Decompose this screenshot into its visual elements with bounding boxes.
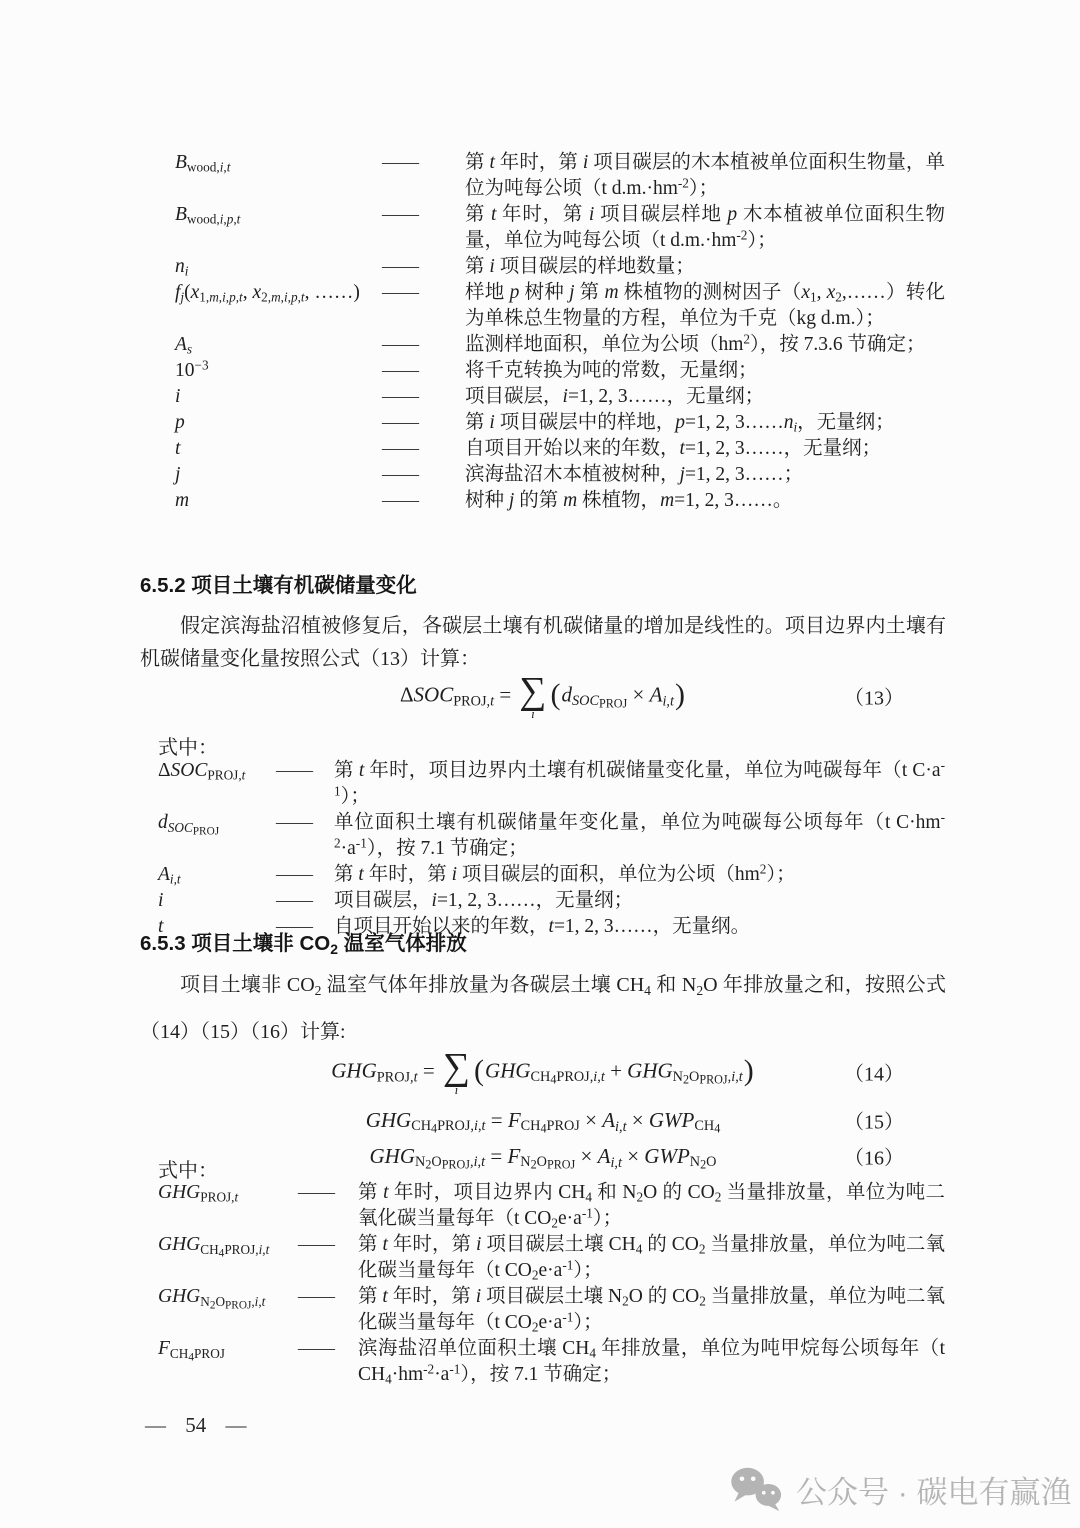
- section-heading-652: 6.5.2 项目土壤有机碳储量变化: [140, 568, 417, 598]
- formula-body: GHGPROJ,t = ∑i(GHGCH4PROJ,i,t + GHGN2OPR…: [331, 1050, 755, 1095]
- symbol: i: [158, 888, 276, 914]
- symbol-definition-list-652: ΔSOCPROJ,t —— 第 t 年时，项目边界内土壤有机碳储量变化量，单位为…: [158, 758, 945, 940]
- dash-separator: ——: [382, 202, 465, 254]
- definition-text: 第 i 项目碳层的样地数量；: [465, 254, 945, 280]
- symbol: fj(x1,m,i,p,t, x2,m,i,p,t, ……): [175, 280, 382, 332]
- definition-text: 滨海盐沼单位面积土壤 CH4 年排放量，单位为吨甲烷每公顷每年（t CH4·hm…: [358, 1336, 945, 1388]
- definition-text: 第 t 年时，第 i 项目碳层的木本植被单位面积生物量，单位为吨每公顷（t d.…: [465, 150, 945, 202]
- definition-text: 第 t 年时，项目边界内土壤有机碳储量变化量，单位为吨碳每年（t C·a-1）；: [334, 758, 945, 810]
- symbol: Bwood,i,p,t: [175, 202, 382, 254]
- definition-row: GHGPROJ,t —— 第 t 年时，项目边界内 CH4 和 N2O 的 CO…: [158, 1180, 945, 1232]
- definition-text: 项目碳层，i=1, 2, 3……，无量纲；: [334, 888, 945, 914]
- dash-separator: ——: [276, 888, 334, 914]
- symbol-definition-list-653: GHGPROJ,t —— 第 t 年时，项目边界内 CH4 和 N2O 的 CO…: [158, 1180, 945, 1388]
- formula-13-body: ΔSOCPROJ,t = ∑i(dSOCPROJ × Ai,t): [400, 674, 686, 719]
- definition-text: 第 t 年时，第 i 项目碳层样地 p 木本植被单位面积生物量，单位为吨每公顷（…: [465, 202, 945, 254]
- dash-separator: ——: [382, 254, 465, 280]
- definition-row: ΔSOCPROJ,t —— 第 t 年时，项目边界内土壤有机碳储量变化量，单位为…: [158, 758, 945, 810]
- dash-separator: ——: [276, 862, 334, 888]
- symbol: dSOCPROJ: [158, 810, 276, 862]
- formula-13-block: ΔSOCPROJ,t = ∑i(dSOCPROJ × Ai,t) （13）: [140, 666, 946, 726]
- definition-text: 第 t 年时，项目边界内 CH4 和 N2O 的 CO2 当量排放量，单位为吨二…: [358, 1180, 945, 1232]
- definition-row: t —— 自项目开始以来的年数，t=1, 2, 3……，无量纲；: [175, 436, 945, 462]
- definition-row: FCH4PROJ —— 滨海盐沼单位面积土壤 CH4 年排放量，单位为吨甲烷每公…: [158, 1336, 945, 1388]
- definition-text: 滨海盐沼木本植被树种，j=1, 2, 3……；: [465, 462, 945, 488]
- definition-text: 第 t 年时，第 i 项目碳层土壤 CH4 的 CO2 当量排放量，单位为吨二氧…: [358, 1232, 945, 1284]
- definition-row: dSOCPROJ —— 单位面积土壤有机碳储量年变化量，单位为吨碳每公顷每年（t…: [158, 810, 945, 862]
- formula: GHGN2OPROJ,i,t = FN2OPROJ × Ai,t × GWPN2…: [140, 1138, 946, 1174]
- definition-row: i —— 项目碳层，i=1, 2, 3……，无量纲；: [175, 384, 945, 410]
- formula: GHGCH4PROJ,i,t = FCH4PROJ × Ai,t × GWPCH…: [140, 1102, 946, 1138]
- dash-separator: ——: [382, 150, 465, 202]
- symbol: GHGN2OPROJ,i,t: [158, 1284, 298, 1336]
- dash-separator: ——: [382, 358, 465, 384]
- section-heading-653: 6.5.3 项目土壤非 CO2 温室气体排放: [140, 926, 467, 956]
- symbol: GHGCH4PROJ,i,t: [158, 1232, 298, 1284]
- formula-number: （16）: [844, 1142, 904, 1171]
- definition-text: 第 t 年时，第 i 项目碳层的面积，单位为公顷（hm2）；: [334, 862, 945, 888]
- dash-separator: ——: [298, 1336, 358, 1388]
- definition-row: Bwood,i,p,t —— 第 t 年时，第 i 项目碳层样地 p 木本植被单…: [175, 202, 945, 254]
- definition-text: 将千克转换为吨的常数，无量纲；: [465, 358, 945, 384]
- formula-13-number: （13）: [844, 682, 904, 711]
- definition-text: 树种 j 的第 m 株植物，m=1, 2, 3……。: [465, 488, 945, 514]
- formula-number: （15）: [844, 1106, 904, 1135]
- definition-row: fj(x1,m,i,p,t, x2,m,i,p,t, ……) —— 样地 p 树…: [175, 280, 945, 332]
- definition-text: 项目碳层，i=1, 2, 3……，无量纲；: [465, 384, 945, 410]
- symbol: FCH4PROJ: [158, 1336, 298, 1388]
- definition-text: 单位面积土壤有机碳储量年变化量，单位为吨碳每公顷每年（t C·hm-2·a-1）…: [334, 810, 945, 862]
- definition-row: As —— 监测样地面积，单位为公顷（hm2），按 7.3.6 节确定；: [175, 332, 945, 358]
- dash-separator: ——: [298, 1232, 358, 1284]
- symbol: i: [175, 384, 382, 410]
- dash-separator: ——: [382, 410, 465, 436]
- symbol: ΔSOCPROJ,t: [158, 758, 276, 810]
- formula-number: （14）: [844, 1058, 904, 1087]
- dash-separator: ——: [298, 1284, 358, 1336]
- definition-row: p —— 第 i 项目碳层中的样地，p=1, 2, 3……ni，无量纲；: [175, 410, 945, 436]
- definition-row: GHGCH4PROJ,i,t —— 第 t 年时，第 i 项目碳层土壤 CH4 …: [158, 1232, 945, 1284]
- definition-row: i —— 项目碳层，i=1, 2, 3……，无量纲；: [158, 888, 945, 914]
- where-label-652: 式中：: [158, 731, 218, 760]
- definition-row: 10−3 —— 将千克转换为吨的常数，无量纲；: [175, 358, 945, 384]
- symbol: Bwood,i,t: [175, 150, 382, 202]
- definition-text: 第 i 项目碳层中的样地，p=1, 2, 3……ni，无量纲；: [465, 410, 945, 436]
- symbol-definition-list-top: Bwood,i,t —— 第 t 年时，第 i 项目碳层的木本植被单位面积生物量…: [175, 150, 945, 514]
- formula-body: GHGCH4PROJ,i,t = FCH4PROJ × Ai,t × GWPCH…: [366, 1108, 721, 1133]
- page-number: — 54 —: [145, 1413, 247, 1438]
- definition-text: 自项目开始以来的年数，t=1, 2, 3……，无量纲；: [465, 436, 945, 462]
- definition-row: GHGN2OPROJ,i,t —— 第 t 年时，第 i 项目碳层土壤 N2O …: [158, 1284, 945, 1336]
- definition-row: Ai,t —— 第 t 年时，第 i 项目碳层的面积，单位为公顷（hm2）；: [158, 862, 945, 888]
- watermark: 公众号 · 碳电有赢渔: [728, 1466, 1072, 1512]
- definition-text: 样地 p 树种 j 第 m 株植物的测树因子（x1, x2,……）转化为单株总生…: [465, 280, 945, 332]
- symbol: t: [175, 436, 382, 462]
- symbol: 10−3: [175, 358, 382, 384]
- formula: GHGPROJ,t = ∑i(GHGCH4PROJ,i,t + GHGN2OPR…: [140, 1042, 946, 1102]
- dash-separator: ——: [382, 436, 465, 462]
- symbol: p: [175, 410, 382, 436]
- dash-separator: ——: [382, 280, 465, 332]
- symbol: As: [175, 332, 382, 358]
- definition-row: ni —— 第 i 项目碳层的样地数量；: [175, 254, 945, 280]
- definition-row: j —— 滨海盐沼木本植被树种，j=1, 2, 3……；: [175, 462, 945, 488]
- where-label-653: 式中：: [158, 1154, 218, 1183]
- formula-13: ΔSOCPROJ,t = ∑i(dSOCPROJ × Ai,t) （13）: [140, 666, 946, 726]
- symbol: ni: [175, 254, 382, 280]
- watermark-text: 公众号 · 碳电有赢渔: [796, 1467, 1072, 1512]
- formulas-14-16-block: GHGPROJ,t = ∑i(GHGCH4PROJ,i,t + GHGN2OPR…: [140, 1042, 946, 1174]
- symbol: j: [175, 462, 382, 488]
- definition-text: 监测样地面积，单位为公顷（hm2），按 7.3.6 节确定；: [465, 332, 945, 358]
- symbol: GHGPROJ,t: [158, 1180, 298, 1232]
- wechat-icon: [728, 1466, 782, 1512]
- definition-row: Bwood,i,t —— 第 t 年时，第 i 项目碳层的木本植被单位面积生物量…: [175, 150, 945, 202]
- document-page: Bwood,i,t —— 第 t 年时，第 i 项目碳层的木本植被单位面积生物量…: [0, 0, 1080, 1528]
- dash-separator: ——: [382, 488, 465, 514]
- dash-separator: ——: [276, 810, 334, 862]
- definition-text: 第 t 年时，第 i 项目碳层土壤 N2O 的 CO2 当量排放量，单位为吨二氧…: [358, 1284, 945, 1336]
- formula-body: GHGN2OPROJ,i,t = FN2OPROJ × Ai,t × GWPN2…: [370, 1144, 717, 1169]
- dash-separator: ——: [382, 462, 465, 488]
- dash-separator: ——: [382, 332, 465, 358]
- dash-separator: ——: [382, 384, 465, 410]
- symbol: m: [175, 488, 382, 514]
- dash-separator: ——: [276, 758, 334, 810]
- dash-separator: ——: [298, 1180, 358, 1232]
- definition-row: m —— 树种 j 的第 m 株植物，m=1, 2, 3……。: [175, 488, 945, 514]
- symbol: Ai,t: [158, 862, 276, 888]
